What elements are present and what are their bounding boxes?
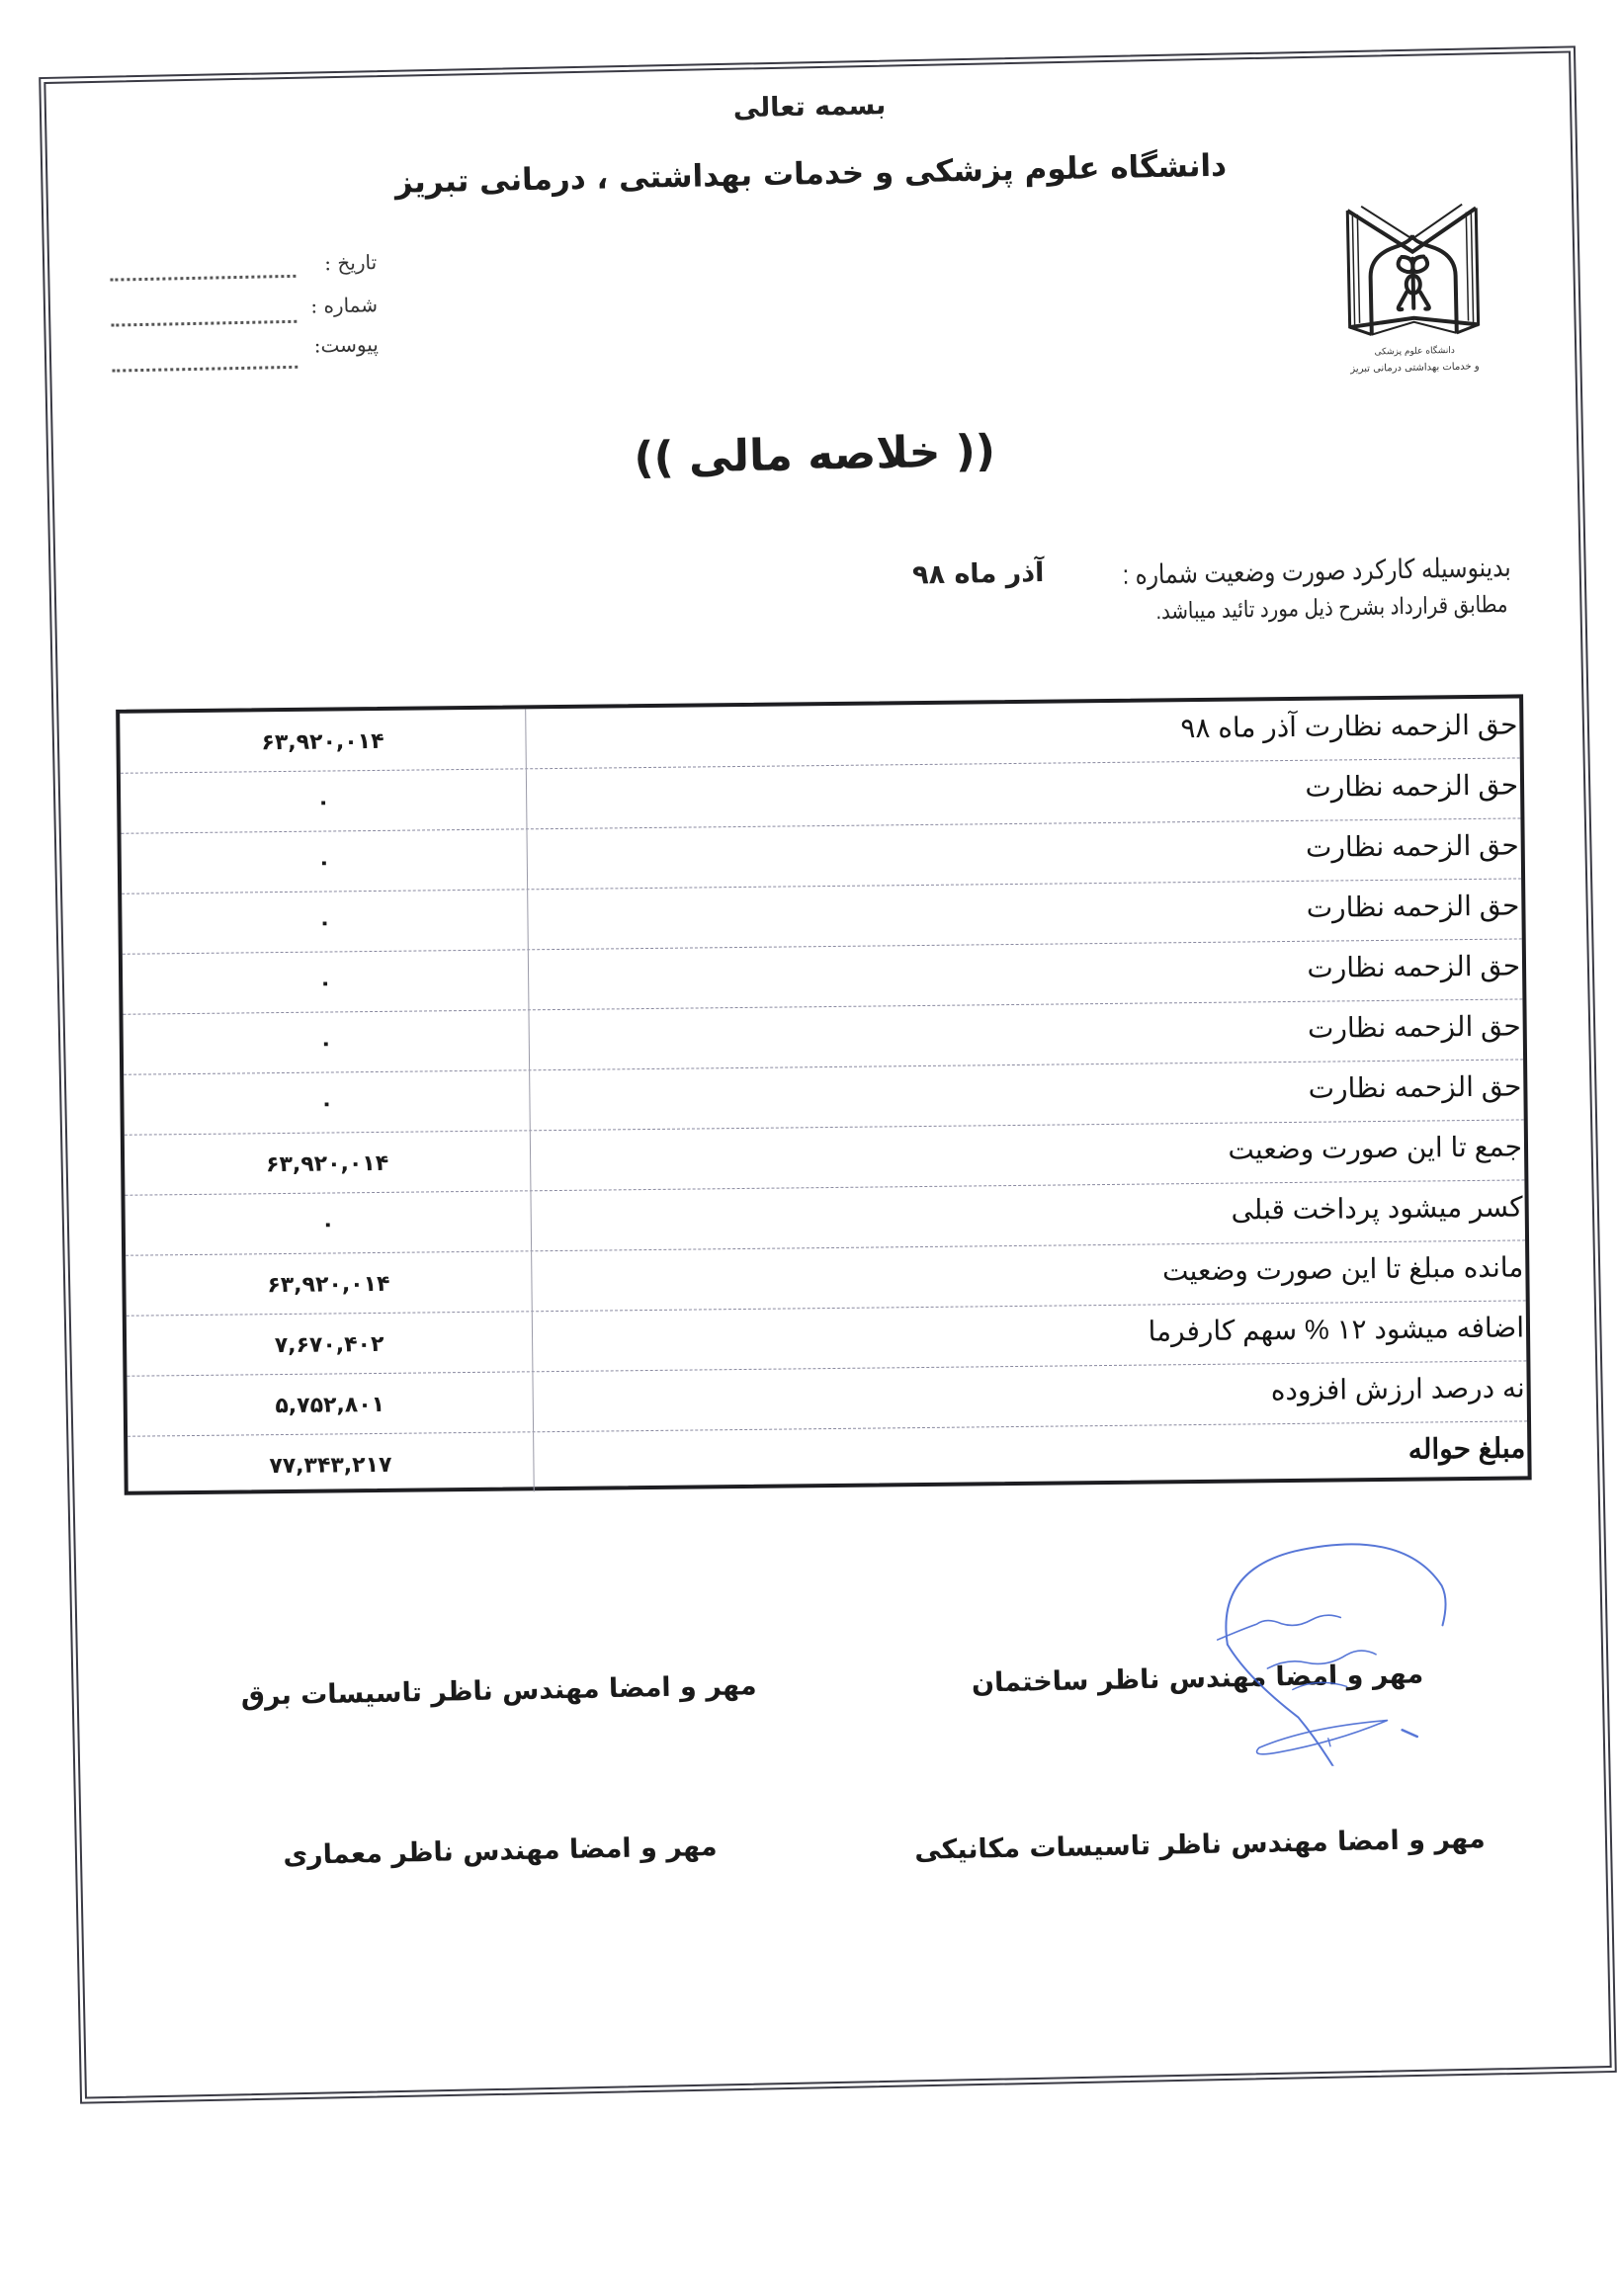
bismillah-heading: بسمه تعالی	[732, 90, 886, 124]
svg-text:دانشگاه علوم پزشکی: دانشگاه علوم پزشکی	[1374, 343, 1454, 357]
row-value: ۷۷,۳۴۳,۲۱۷	[128, 1432, 534, 1495]
row-label: حق الزحمه نظارت	[528, 939, 1523, 1009]
intro-period: آذر ماه ۹۸	[912, 556, 1045, 590]
row-value: ۶۳,۹۲۰,۰۱۴	[126, 1251, 532, 1315]
row-label: حق الزحمه نظارت	[526, 758, 1521, 828]
handwritten-signature-icon	[1186, 1525, 1488, 1768]
row-label: حق الزحمه نظارت	[528, 999, 1523, 1069]
row-value: ۵,۷۵۲,۸۰۱	[127, 1372, 533, 1435]
row-label: جمع تا این صورت وضعیت	[530, 1120, 1525, 1190]
svg-text:و خدمات بهداشتی درمانی تبریز: و خدمات بهداشتی درمانی تبریز	[1349, 361, 1480, 375]
row-value: ۶۳,۹۲۰,۰۱۴	[125, 1131, 531, 1194]
university-emblem-icon: دانشگاه علوم پزشکی و خدمات بهداشتی درمان…	[1339, 196, 1488, 386]
row-label: کسر میشود پرداخت قبلی	[530, 1180, 1525, 1250]
row-value: ۰	[123, 950, 529, 1013]
financial-summary-table: حق الزحمه نظارت آذر ماه ۹۸ ۶۳,۹۲۰,۰۱۴ حق…	[116, 694, 1532, 1494]
row-value: ۰	[123, 1010, 529, 1073]
university-logo: دانشگاه علوم پزشکی و خدمات بهداشتی درمان…	[1339, 196, 1488, 386]
row-label: حق الزحمه نظارت	[527, 879, 1522, 949]
row-label: حق الزحمه نظارت	[529, 1060, 1524, 1130]
row-value: ۰	[122, 890, 528, 953]
row-label: مانده مبلغ تا این صورت وضعیت	[531, 1240, 1526, 1311]
row-label: اضافه میشود ۱۲ % سهم کارفرما	[532, 1301, 1527, 1371]
document-title: (( خلاصه مالی ))	[634, 425, 995, 482]
row-value: ۰	[121, 769, 527, 832]
row-label: نه درصد ارزش افزوده	[532, 1361, 1527, 1431]
row-label: حق الزحمه نظارت	[526, 818, 1521, 889]
document-page: بسمه تعالی دانشگاه علوم پزشکی و خدمات به…	[39, 45, 1617, 2103]
attachment-label: پیوست:	[260, 332, 379, 358]
row-label: مبلغ حواله	[533, 1421, 1528, 1491]
row-value: ۶۳,۹۲۰,۰۱۴	[120, 709, 526, 772]
row-label: حق الزحمه نظارت آذر ماه ۹۸	[525, 698, 1520, 768]
number-label: شماره :	[259, 293, 378, 318]
row-value: ۰	[124, 1070, 530, 1134]
row-value: ۷,۶۷۰,۴۰۲	[127, 1312, 533, 1375]
date-label: تاریخ :	[258, 250, 377, 276]
row-value: ۰	[122, 829, 528, 893]
row-value: ۰	[125, 1191, 531, 1254]
